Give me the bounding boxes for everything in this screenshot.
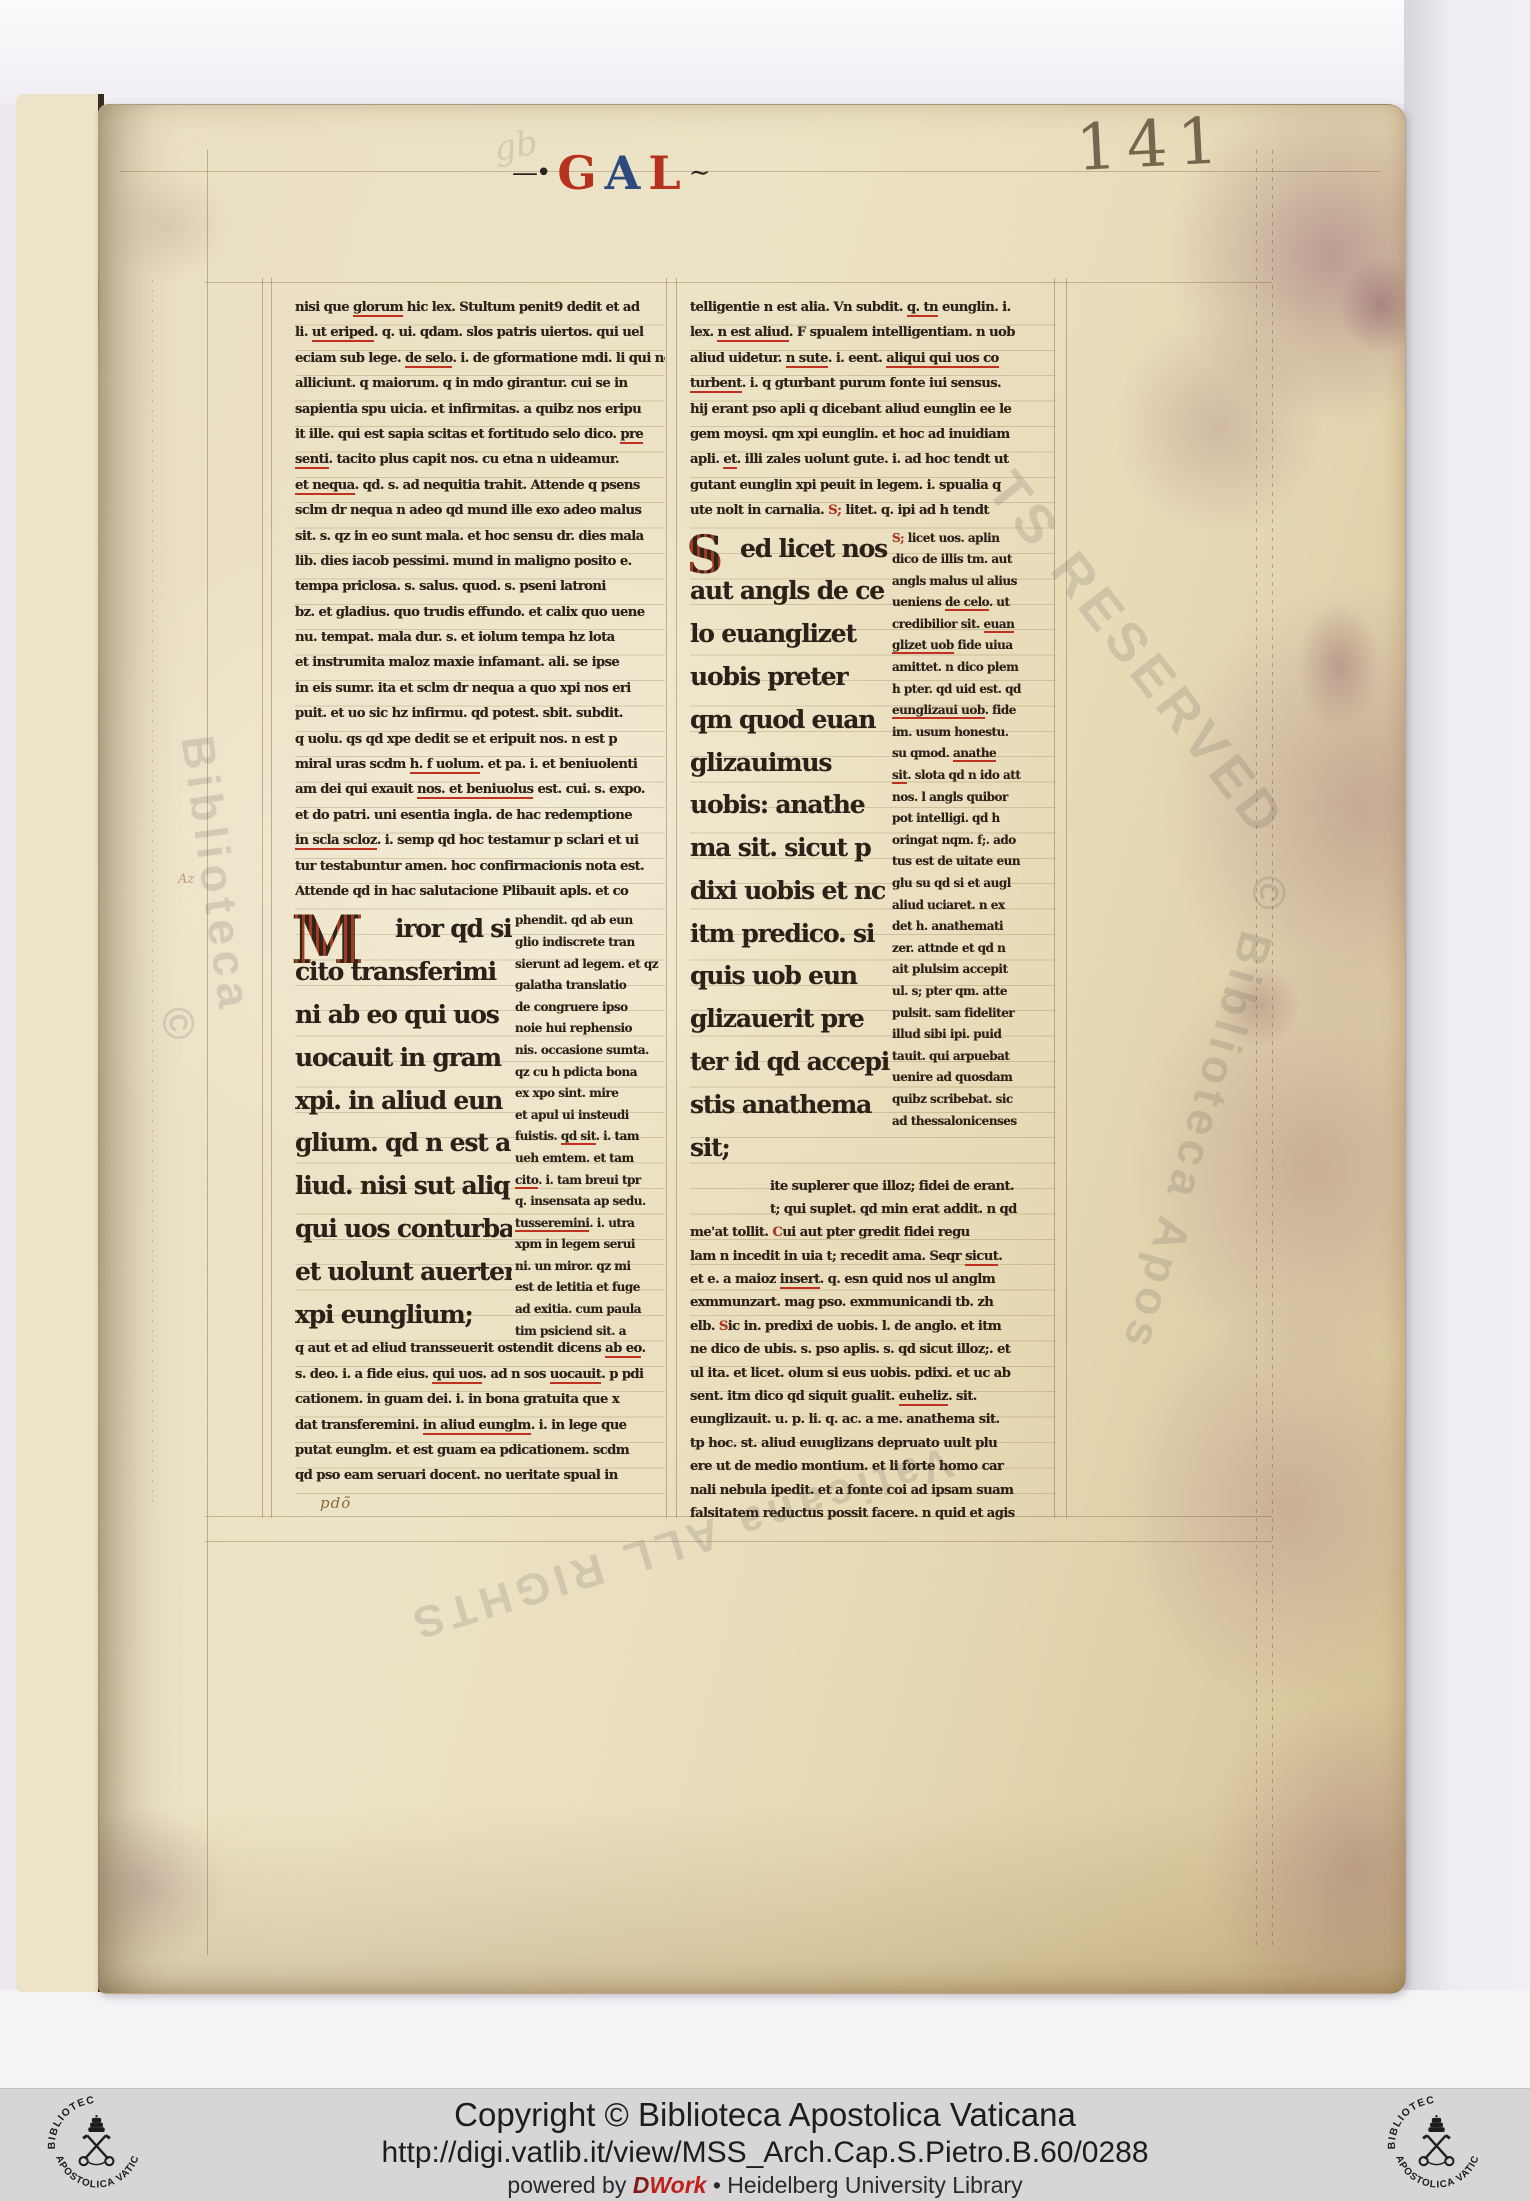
manuscript-text-line: telligentie n est alia. Vn subdit. q. tn… xyxy=(690,300,1055,325)
manuscript-text-line: tp hoc. st. aliud euuglizans depruato uu… xyxy=(690,1436,1055,1459)
manuscript-text-line: elb. Sic in. predixi de uobis. l. de ang… xyxy=(690,1319,1055,1342)
ruling-vertical-col1-a xyxy=(262,278,263,1518)
manuscript-text-line: stis anathema xyxy=(690,1085,890,1128)
manuscript-text-line: quis uob eun xyxy=(690,956,890,999)
manuscript-text-line: hij erant pso apli q dicebant aliud eung… xyxy=(690,402,1055,427)
manuscript-text-line: cito transferimi xyxy=(295,952,512,995)
manuscript-text-line: ex xpo sint. mire xyxy=(515,1086,665,1108)
manuscript-text-line: in scla scloz. i. semp qd hoc testamur p… xyxy=(295,833,665,858)
manuscript-text-line: ad thessalonicenses xyxy=(892,1114,1055,1136)
ruling-vertical-col2-b xyxy=(1066,278,1067,1518)
copyright-line: Copyright © Biblioteca Apostolica Vatica… xyxy=(0,2095,1530,2135)
manuscript-text-line: xpm in legem serui xyxy=(515,1237,665,1259)
manuscript-text-line: phendit. qd ab eun xyxy=(515,913,665,935)
manuscript-text-line: galatha translatio xyxy=(515,978,665,1000)
running-header: —• G A L ∼ xyxy=(512,138,782,208)
manuscript-text-line: ter id qd accepi xyxy=(690,1042,890,1085)
manuscript-text-line: aut angls de ce xyxy=(690,571,890,614)
manuscript-text-line: et instrumita maloz maxie infamant. ali.… xyxy=(295,655,665,680)
manuscript-text-line: sapientia spu uicia. et infirmitas. a qu… xyxy=(295,402,665,427)
manuscript-text-line: im. usum honestu. xyxy=(892,725,1055,747)
url-line: http://digi.vatlib.it/view/MSS_Arch.Cap.… xyxy=(0,2135,1530,2171)
manuscript-text-line: sit. s. qz in eo sunt mala. et hoc sensu… xyxy=(295,529,665,554)
manuscript-text-line: et e. a maioz insert. q. esn quid nos ul… xyxy=(690,1272,1055,1295)
manuscript-text-line: turbent. i. q gturbant purum fonte iui s… xyxy=(690,376,1055,401)
manuscript-text-line: qm quod euan xyxy=(690,700,890,743)
quire-mark: pdõ xyxy=(320,1494,351,1512)
manuscript-text-line: putat eunglm. et est guam ea pdicationem… xyxy=(295,1443,665,1468)
ruling-vertical-outer-right-a xyxy=(1256,150,1257,1950)
manuscript-text-line: ite suplerer que illoz; fidei de erant. xyxy=(690,1179,1055,1202)
manuscript-text-line: qd pso eam seruari docent. no ueritate s… xyxy=(295,1468,665,1493)
manuscript-text-line: glizauerit pre xyxy=(690,999,890,1042)
ruling-vertical-mid-b xyxy=(676,278,677,1518)
manuscript-text-line: pot intelligi. qd h xyxy=(892,811,1055,833)
manuscript-text-line: lex. n est aliud. F spualem intelligenti… xyxy=(690,325,1055,350)
right-side-gloss: S; licet uos. aplindico de illis tm. aut… xyxy=(892,531,1055,1136)
watermark-copyright-left: © xyxy=(150,1004,205,1049)
manuscript-text-line: ait plulsim accepit xyxy=(892,962,1055,984)
pencil-mark-top: gb xyxy=(491,123,541,170)
manuscript-text-line: iror qd sic ta xyxy=(295,909,512,952)
svg-text:BIBLIOTECA: BIBLIOTECA xyxy=(1380,2089,1436,2149)
left-bottom-gloss: q aut et ad eliud transseuerit ostendit … xyxy=(295,1341,665,1493)
powered-line: powered by DWork • Heidelberg University… xyxy=(0,2171,1530,2199)
manuscript-text-line: ma sit. sicut p xyxy=(690,828,890,871)
manuscript-text-line: tusseremini. i. utra xyxy=(515,1216,665,1238)
manuscript-text-line: tempa priclosa. s. salus. quod. s. pseni… xyxy=(295,579,665,604)
manuscript-text-line: itm predico. si xyxy=(690,914,890,957)
manuscript-text-line: alliciunt. q maiorum. q in mdo girantur.… xyxy=(295,376,665,401)
manuscript-text-line: s. deo. i. a fide eius. qui uos. ad n so… xyxy=(295,1367,665,1392)
manuscript-text-line: in eis sumr. ita et sclm dr nequa a quo … xyxy=(295,681,665,706)
text-column-left: nisi que glorum hic lex. Stultum penit9 … xyxy=(295,300,665,1494)
manuscript-text-line: tur testabuntur amen. hoc confirmacionis… xyxy=(295,859,665,884)
manuscript-text-line: qui uos conturbant xyxy=(295,1209,512,1252)
manuscript-text-line: t; qui suplet. qd min erat addit. n qd xyxy=(690,1202,1055,1225)
footer-text-block: Copyright © Biblioteca Apostolica Vatica… xyxy=(0,2095,1530,2199)
manuscript-text-line: pulsit. sam fideliter xyxy=(892,1006,1055,1028)
dwork-wordmark-d: D xyxy=(633,2172,650,2198)
manuscript-text-line: aliud uidetur. n sute. i. eent. aliqui q… xyxy=(690,351,1055,376)
manuscript-text-line: glizauimus xyxy=(690,743,890,786)
manuscript-text-line: lam n incedit in uia t; recedit ama. Seq… xyxy=(690,1249,1055,1272)
manuscript-text-line: quibz scribebat. sic xyxy=(892,1092,1055,1114)
ruling-vertical-outer-left xyxy=(207,150,208,1955)
manuscript-text-line: fuistis. qd sit. i. tam xyxy=(515,1129,665,1151)
digitized-manuscript-scan: —• G A L ∼ 141 gb Az nisi que glorum hic… xyxy=(0,0,1530,2201)
manuscript-text-line: tim psiciend sit. a xyxy=(515,1324,665,1346)
header-letter-g: G xyxy=(557,150,596,196)
manuscript-text-line: eunglizauit. u. p. li. q. ac. a me. anat… xyxy=(690,1412,1055,1435)
ruling-pricking-left xyxy=(152,280,153,1510)
scan-background-bottom xyxy=(0,1990,1530,2088)
right-lemma-row: S ed licet nosaut angls de celo euangliz… xyxy=(690,529,1055,1179)
manuscript-text-line: su qmod. anathe xyxy=(892,746,1055,768)
manuscript-text-line: credibilior sit. euan xyxy=(892,617,1055,639)
dwork-wordmark-rest: Work xyxy=(649,2172,706,2198)
manuscript-text-line: cationem. in guam dei. i. in bona gratui… xyxy=(295,1392,665,1417)
manuscript-text-line: cito. i. tam breui tpr xyxy=(515,1173,665,1195)
header-letter-l: L xyxy=(648,150,680,196)
manuscript-text-line: et apul ui insteudi xyxy=(515,1108,665,1130)
ruling-vertical-outer-right-b xyxy=(1272,150,1273,1950)
scan-background-top xyxy=(0,0,1530,104)
header-right-flourish: ∼ xyxy=(689,158,709,188)
powered-suffix: • Heidelberg University Library xyxy=(706,2172,1022,2198)
manuscript-text-line: it ille. qui est sapia scitas et fortitu… xyxy=(295,427,665,452)
footer-bar: BIBLIOTECA APOSTOLICA VATICANA Copyright xyxy=(0,2088,1530,2201)
manuscript-text-line: et uolunt auertere xyxy=(295,1252,512,1295)
manuscript-text-line: ul ita. et licet. olum si eus uobis. pdi… xyxy=(690,1366,1055,1389)
manuscript-text-line: q. insensata ap sedu. xyxy=(515,1194,665,1216)
manuscript-text-line: uocauit in gram xyxy=(295,1038,512,1081)
manuscript-text-line: glium. qd n est a xyxy=(295,1123,512,1166)
manuscript-text-line: sit. slota qd n ido att xyxy=(892,768,1055,790)
manuscript-text-line: glizet uob fide uiua xyxy=(892,638,1055,660)
manuscript-text-line: aliud uciaret. n ex xyxy=(892,898,1055,920)
manuscript-text-line: noie hui rephensio xyxy=(515,1021,665,1043)
right-lemma-text: ed licet nosaut angls de celo euanglizet… xyxy=(690,529,890,1171)
manuscript-text-line: q uolu. qs qd xpe dedit se et eripuit no… xyxy=(295,732,665,757)
manuscript-text-line: uobis: anathe xyxy=(690,785,890,828)
manuscript-text-line: nos. l angls quibor xyxy=(892,790,1055,812)
crossed-keys-icon xyxy=(1420,2115,1454,2165)
manuscript-text-line: nu. tempat. mala dur. s. et iolum tempa … xyxy=(295,630,665,655)
manuscript-text-line: exmmunzart. mag pso. exmmunicandi tb. zh xyxy=(690,1295,1055,1318)
left-lemma-text: iror qd sic tacito transferimini ab eo q… xyxy=(295,909,512,1337)
manuscript-text-line: ueh emtem. et tam xyxy=(515,1151,665,1173)
manuscript-text-line: sit; xyxy=(690,1128,890,1171)
left-side-gloss: phendit. qd ab eunglio indiscrete transi… xyxy=(515,913,665,1345)
manuscript-text-line: zer. attnde et qd n xyxy=(892,941,1055,963)
manuscript-text-line: ul. s; pter qm. atte xyxy=(892,984,1055,1006)
manuscript-text-line: est de letitia et fuge xyxy=(515,1280,665,1302)
manuscript-text-line: de congruere ipso xyxy=(515,1000,665,1022)
ruling-vertical-col1-b xyxy=(271,278,272,1518)
manuscript-text-line: glu su qd si et augl xyxy=(892,876,1055,898)
previous-page-edge xyxy=(16,94,104,1992)
manuscript-text-line: illud sibi ipi. puid xyxy=(892,1027,1055,1049)
manuscript-text-line: tauit. qui arpuebat xyxy=(892,1049,1055,1071)
manuscript-text-line: et nequa. qd. s. ad nequitia trahit. Att… xyxy=(295,478,665,503)
left-top-gloss: nisi que glorum hic lex. Stultum penit9 … xyxy=(295,300,665,909)
manuscript-text-line: angls malus ul alius xyxy=(892,574,1055,596)
manuscript-text-line: sent. itm dico qd siquit gualit. euheliz… xyxy=(690,1389,1055,1412)
manuscript-text-line: det h. anathemati xyxy=(892,919,1055,941)
manuscript-text-line: senti. tacito plus capit nos. cu etna n … xyxy=(295,452,665,477)
manuscript-text-line: xpi eunglium; xyxy=(295,1295,512,1338)
ruling-horizontal-textblock-top xyxy=(205,282,1272,283)
manuscript-text-line: liud. nisi sut aliq xyxy=(295,1166,512,1209)
manuscript-text-line: tus est de uitate eun xyxy=(892,854,1055,876)
manuscript-text-line: amittet. n dico plem xyxy=(892,660,1055,682)
ruling-vertical-mid-a xyxy=(666,278,667,1518)
manuscript-text-line: glio indiscrete tran xyxy=(515,935,665,957)
manuscript-text-line: apli. et. illi zales uolunt gute. i. ad … xyxy=(690,452,1055,477)
vatican-library-logo-right: BIBLIOTECA APOSTOLICA VATICANA xyxy=(1380,2089,1493,2201)
manuscript-text-line: uenire ad quosdam xyxy=(892,1070,1055,1092)
manuscript-text-line: dixi uobis et nc xyxy=(690,871,890,914)
manuscript-text-line: sierunt ad legem. et qz xyxy=(515,957,665,979)
manuscript-text-line: ne dico de ubis. s. pso aplis. s. qd sic… xyxy=(690,1342,1055,1365)
manuscript-text-line: h pter. qd uid est. qd xyxy=(892,682,1055,704)
manuscript-text-line: qz cu h pdicta bona xyxy=(515,1065,665,1087)
manuscript-text-line: lib. dies iacob pessimi. mund in maligno… xyxy=(295,554,665,579)
left-lemma-row: M iror qd sic tacito transferimini ab eo… xyxy=(295,909,665,1341)
folio-number: 141 xyxy=(1074,104,1230,186)
manuscript-text-line: am dei qui exauit nos. et beniuolus est.… xyxy=(295,782,665,807)
manuscript-text-line: gem moysi. qm xpi eunglin. et hoc ad inu… xyxy=(690,427,1055,452)
manuscript-text-line: xpi. in aliud eun xyxy=(295,1081,512,1124)
manuscript-text-line: oringat nqm. f;. ado xyxy=(892,833,1055,855)
scan-background-right xyxy=(1404,0,1530,2092)
manuscript-text-line: ed licet nos xyxy=(690,529,890,572)
manuscript-text-line: ad exitia. cum paula xyxy=(515,1302,665,1324)
manuscript-text-line: puit. et uo sic hz infirmu. qd potest. s… xyxy=(295,706,665,731)
manuscript-text-line: li. ut eriped. q. ui. qdam. slos patris … xyxy=(295,325,665,350)
manuscript-text-line: sclm dr nequa n adeo qd mund ille exo ad… xyxy=(295,503,665,528)
manuscript-text-line: uobis preter xyxy=(690,657,890,700)
manuscript-text-line: ni. un miror. qz mi xyxy=(515,1259,665,1281)
manuscript-text-line: bz. et gladius. quo trudis effundo. et c… xyxy=(295,605,665,630)
manuscript-text-line: eunglizaui uob. fide xyxy=(892,703,1055,725)
manuscript-text-line: nisi que glorum hic lex. Stultum penit9 … xyxy=(295,300,665,325)
manuscript-text-line: dat transferemini. in aliud eunglm. i. i… xyxy=(295,1418,665,1443)
manuscript-text-line: ni ab eo qui uos xyxy=(295,995,512,1038)
powered-prefix: powered by xyxy=(507,2172,632,2198)
manuscript-text-line: me'at tollit. Cui aut pter gredit fidei … xyxy=(690,1225,1055,1248)
header-letter-a: A xyxy=(605,150,641,196)
manuscript-text-line: nis. occasione sumta. xyxy=(515,1043,665,1065)
manuscript-text-line: lo euanglizet xyxy=(690,614,890,657)
manuscript-text-line: miral uras scdm h. f uolum. et pa. i. et… xyxy=(295,757,665,782)
manuscript-text-line: eciam sub lege. de selo. i. de gformatio… xyxy=(295,351,665,376)
manuscript-text-line: et do patri. uni esentia ingla. de hac r… xyxy=(295,808,665,833)
manuscript-text-line: ueniens de celo. ut xyxy=(892,595,1055,617)
